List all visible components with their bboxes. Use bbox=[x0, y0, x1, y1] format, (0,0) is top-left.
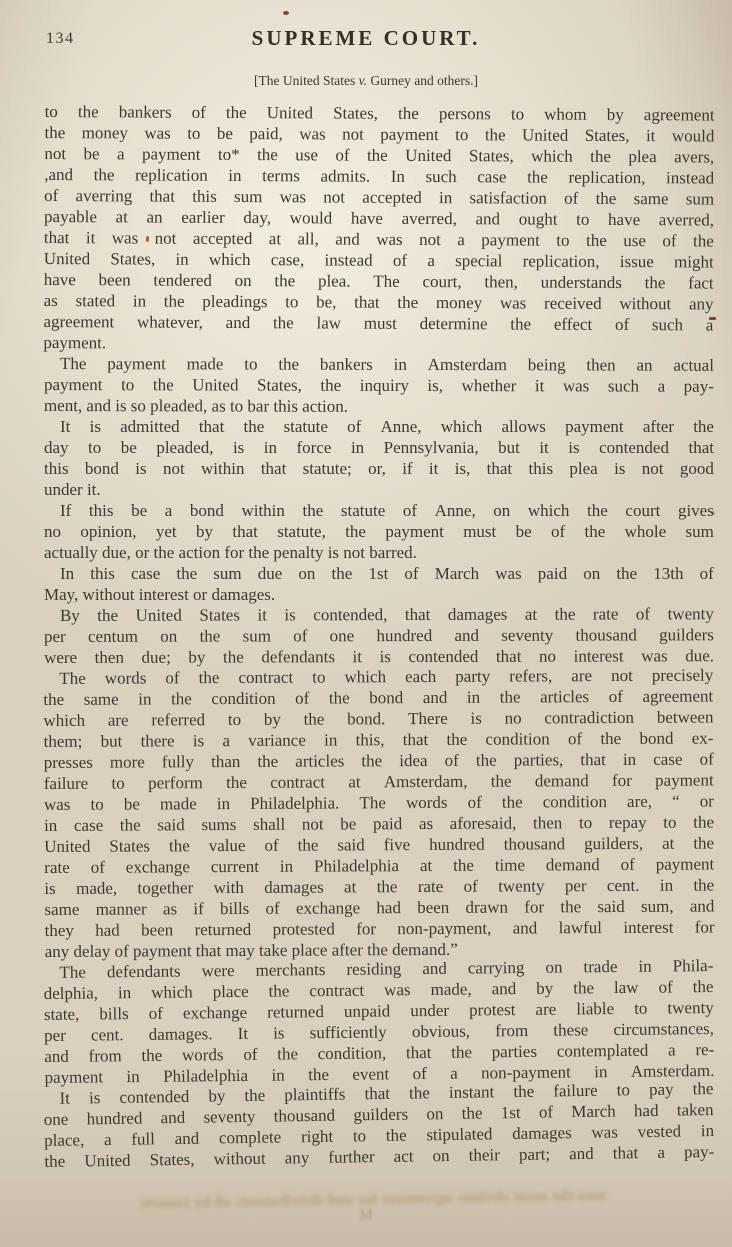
paragraph: Thedefendantsweremerchantsresidingandcar… bbox=[43, 955, 714, 1088]
text-line: daytobepleaded,isinforceinPennsylvania,b… bbox=[44, 437, 714, 458]
text-line: noopinion,yetbythatstatute,thepaymentmus… bbox=[44, 521, 714, 542]
text-line: samemannerasifbillsofexchangehadbeendraw… bbox=[44, 895, 714, 920]
text-line: paymenttotheUnitedStates,theinquiryis,wh… bbox=[44, 374, 714, 397]
text-line: percentumonthesumofonehundredandseventyt… bbox=[44, 624, 714, 647]
text-line: May, without interest or damages. bbox=[44, 584, 714, 605]
body-text: tothebankersoftheUnitedStates,thepersons… bbox=[44, 101, 714, 1172]
paragraph: Itiscontendedbytheplaintiffsthattheinsta… bbox=[43, 1078, 714, 1172]
text-line: ItisadmittedthatthestatuteofAnne,whichal… bbox=[44, 416, 714, 437]
printer-signature-mark: M bbox=[0, 1207, 732, 1224]
text-line: them;butthereisavarianceinthis,thattheco… bbox=[44, 727, 714, 752]
ink-speck bbox=[283, 11, 289, 15]
text-line: UnitedStatesthevalueofthesaidfivehundred… bbox=[44, 832, 714, 857]
caption-text-post: Gurney and others.] bbox=[367, 73, 478, 88]
text-line: IfthisbeabondwithinthestatuteofAnne,onwh… bbox=[44, 500, 714, 521]
paragraph: ThepaymentmadetothebankersinAmsterdambei… bbox=[44, 353, 714, 418]
paragraph: BytheUnitedStatesitiscontended,thatdamag… bbox=[44, 603, 714, 668]
text-line: thisbondisnotwithinthatstatute;or,ifitis… bbox=[44, 458, 714, 479]
paragraph: Inthiscasethesumdueonthe1stofMarchwaspai… bbox=[44, 563, 714, 605]
text-line: under it. bbox=[44, 479, 714, 500]
paragraph: tothebankersoftheUnitedStates,thepersons… bbox=[43, 101, 714, 357]
paragraph: ItisadmittedthatthestatuteofAnne,whichal… bbox=[44, 416, 714, 500]
text-line: UnitedStates,inwhichcase,insteadofaspeci… bbox=[44, 248, 714, 273]
paragraph: Thewordsofthecontracttowhicheachpartyref… bbox=[43, 664, 715, 962]
page-title: SUPREME COURT. bbox=[0, 26, 732, 51]
text-line: agreementwhatever,andthelawmustdetermine… bbox=[43, 311, 713, 336]
caption-text-pre: [The United States bbox=[254, 73, 359, 88]
case-caption: [The United States v. Gurney and others.… bbox=[0, 73, 732, 89]
text-line: ,andthereplicationintermsadmits.Insuchca… bbox=[44, 164, 714, 189]
text-line: BytheUnitedStatesitiscontended,thatdamag… bbox=[44, 603, 714, 626]
text-line: actually due, or the action for the pena… bbox=[44, 542, 714, 563]
caption-versus: v. bbox=[359, 73, 367, 88]
paragraph: IfthisbeabondwithinthestatuteofAnne,onwh… bbox=[44, 500, 714, 563]
text-line: ment, and is so pleaded, as to bar this … bbox=[44, 395, 714, 418]
scanned-page: 134 SUPREME COURT. [The United States v.… bbox=[0, 0, 732, 1247]
text-line: failuretoperformthecontractatAmsterdam,t… bbox=[44, 769, 714, 794]
text-line: ThepaymentmadetothebankersinAmsterdambei… bbox=[44, 353, 714, 376]
text-line: Inthiscasethesumdueonthe1stofMarchwaspai… bbox=[44, 563, 714, 584]
